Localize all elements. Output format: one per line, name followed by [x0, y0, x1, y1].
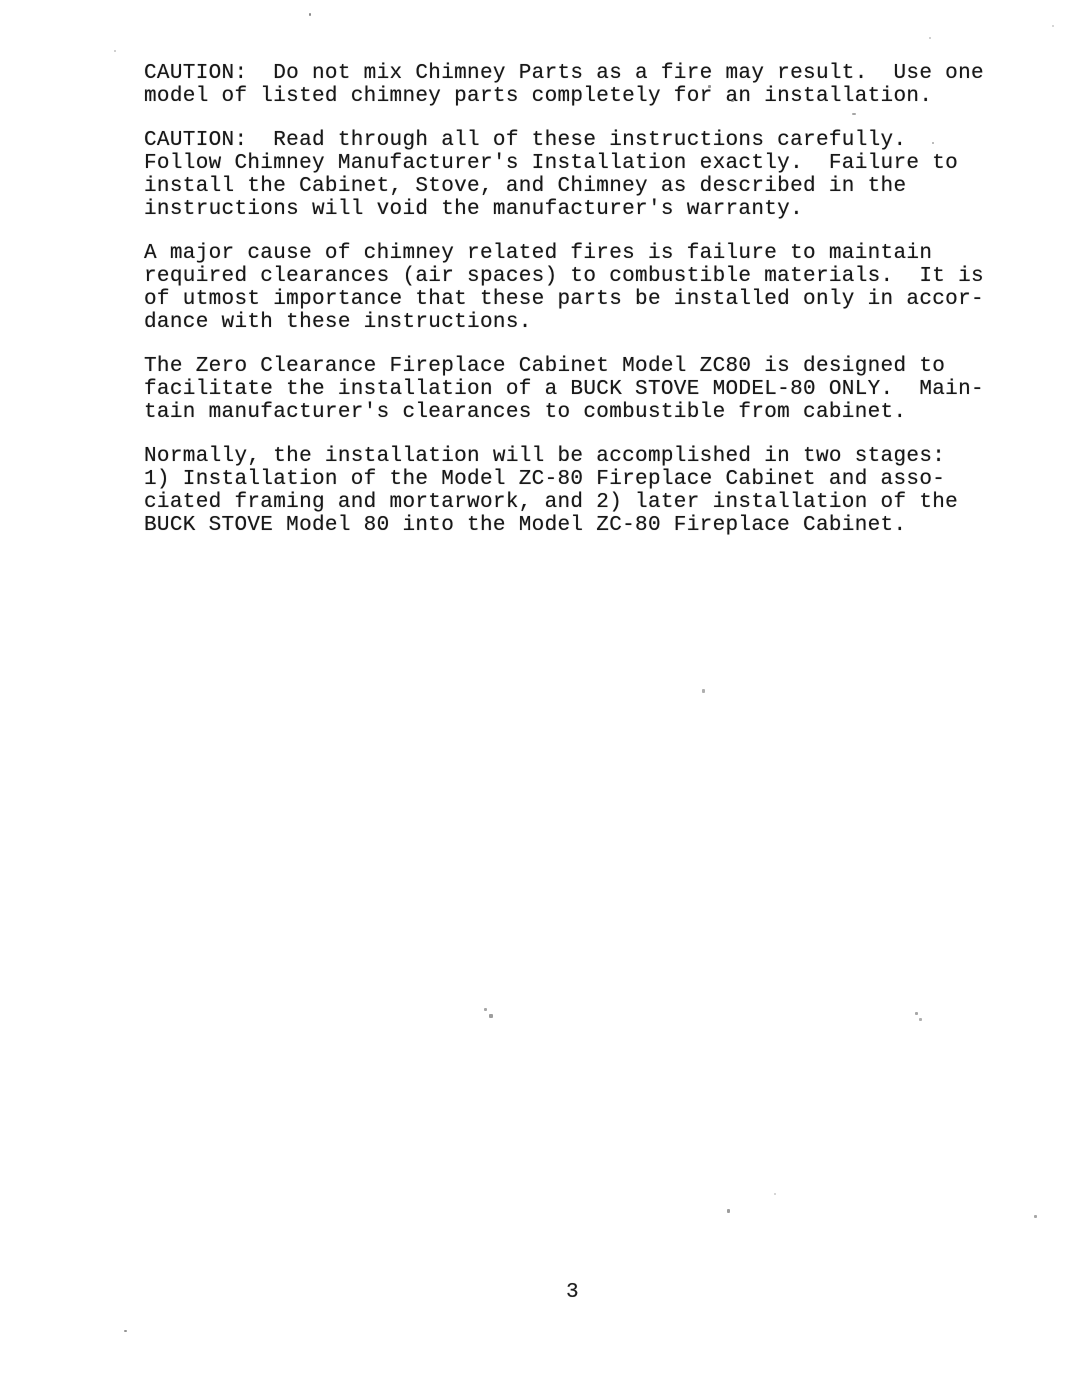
scan-speck: [1034, 1215, 1037, 1218]
paragraph-installation-stages: Normally, the installation will be accom…: [144, 445, 984, 537]
scan-speck: [774, 1193, 776, 1195]
paragraph-chimney-fires-cause: A major cause of chimney related fires i…: [144, 242, 984, 334]
scan-speck: [309, 13, 311, 16]
scan-speck: [702, 689, 705, 693]
paragraph-caution-read-instructions: CAUTION: Read through all of these instr…: [144, 129, 984, 221]
scan-speck: [727, 1209, 730, 1213]
scan-speck: [919, 1018, 922, 1021]
scan-speck: [124, 1330, 127, 1332]
scan-speck: [484, 1008, 487, 1011]
paragraph-caution-do-not-mix: CAUTION: Do not mix Chimney Parts as a f…: [144, 62, 984, 108]
page-number: 3: [566, 1281, 579, 1304]
scan-speck: [915, 1012, 918, 1015]
scanned-document-page: CAUTION: Do not mix Chimney Parts as a f…: [0, 0, 1080, 1397]
paragraph-zero-clearance-cabinet: The Zero Clearance Fireplace Cabinet Mod…: [144, 355, 984, 424]
scan-speck: [114, 50, 116, 52]
scan-speck: [929, 37, 931, 39]
scan-speck: [489, 1014, 493, 1018]
scan-speck: [1052, 25, 1054, 27]
document-text: CAUTION: Do not mix Chimney Parts as a f…: [144, 62, 984, 558]
